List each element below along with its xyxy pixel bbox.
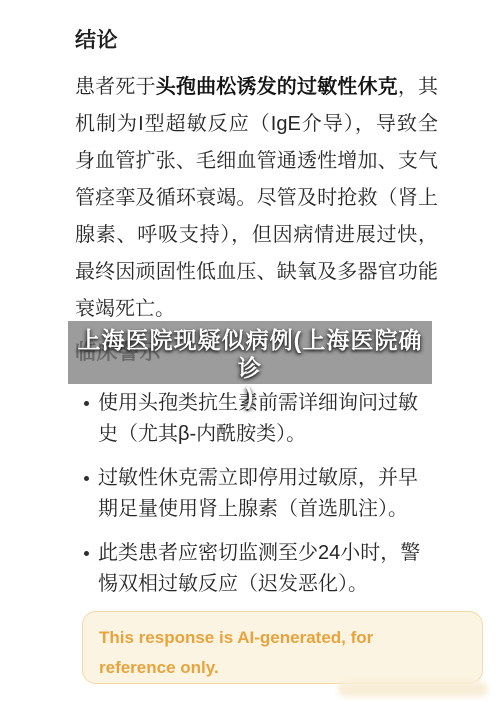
watermark-overlay: 上海医院现疑似病例(上海医院确诊 ): [68, 321, 432, 384]
warning-text: 此类患者应密切监测至少24小时，警惕双相过敏反应（迟发恶化）。: [98, 542, 420, 595]
ai-disclaimer-text: This response is AI-generated, for refer…: [99, 623, 411, 683]
conclusion-heading: 结论: [75, 24, 118, 54]
conclusion-lead: 患者死于: [75, 76, 156, 98]
conclusion-highlight: 头孢曲松诱发的过敏性休克: [156, 76, 398, 98]
warning-list: 使用头孢类抗生素前需详细询问过敏史（尤其β-内酰胺类）。 过敏性休克需立即停用过…: [75, 388, 435, 613]
bullet-icon: [84, 551, 89, 556]
list-item: 此类患者应密切监测至少24小时，警惕双相过敏反应（迟发恶化）。: [75, 538, 435, 600]
conclusion-paragraph: 患者死于头孢曲松诱发的过敏性休克，其机制为I型超敏反应（IgE介导），导致全身血…: [75, 69, 438, 328]
watermark-title-line1: 上海医院现疑似病例(上海医院确诊: [68, 326, 432, 382]
document-page: 结论 患者死于头孢曲松诱发的过敏性休克，其机制为I型超敏反应（IgE介导），导致…: [0, 0, 500, 709]
list-item: 过敏性休克需立即停用过敏原，并早期足量使用肾上腺素（首选肌注）。: [75, 463, 435, 525]
bullet-icon: [84, 476, 89, 481]
conclusion-rest: ，其机制为I型超敏反应（IgE介导），导致全身血管扩张、毛细血管通透性增加、支气…: [75, 76, 438, 320]
shadow-smudge: [338, 681, 488, 697]
warning-text: 过敏性休克需立即停用过敏原，并早期足量使用肾上腺素（首选肌注）。: [98, 467, 418, 520]
ai-disclaimer-banner: This response is AI-generated, for refer…: [82, 611, 483, 684]
watermark-title-line2: ): [68, 382, 432, 410]
